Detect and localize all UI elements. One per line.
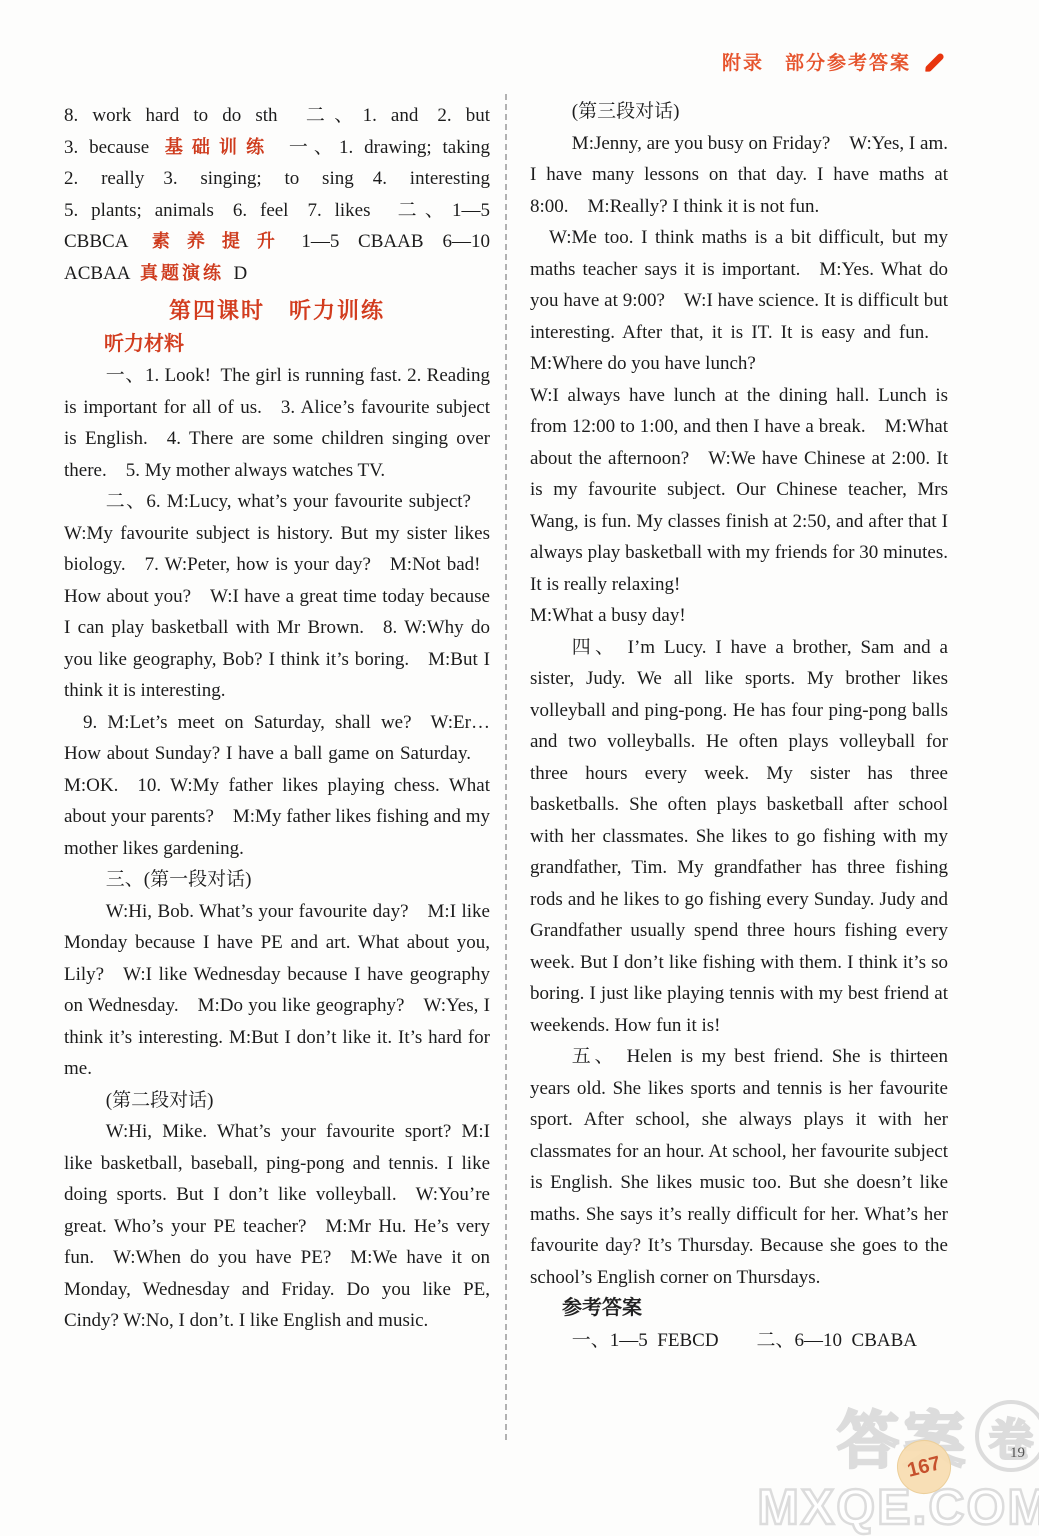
section-label-exam-drill: 真题演练: [140, 263, 224, 283]
answers-continued-line: 8. work hard to do sth 二、1. and 2. but: [64, 100, 490, 132]
listening-material-label: 听力材料: [64, 329, 490, 361]
section-label-literacy-boost: 素养提升: [138, 231, 292, 251]
answer-text: 8. work hard to do sth 二、1. and 2. but: [64, 105, 490, 126]
reference-answers-line: 一、1—5 FEBCD 二、6—10 CBABA: [530, 1325, 948, 1357]
watermark-circle-glyph: 卷: [975, 1400, 1039, 1472]
listening-script-paragraph: 9. M:Let’s meet on Saturday, shall we? W…: [64, 707, 490, 865]
answer-key-page: 附录 部分参考答案 8. work hard to do sth 二、1. an…: [0, 0, 1039, 1536]
listening-script-paragraph: M:Jenny, are you busy on Friday? W:Yes, …: [530, 128, 948, 223]
listening-script-paragraph: W:Hi, Mike. What’s your favourite sport?…: [64, 1116, 490, 1337]
listening-script-paragraph: 二、6. M:Lucy, what’s your favourite subje…: [64, 486, 490, 707]
answer-text: 一、1. drawing; taking: [273, 137, 490, 158]
listening-script-paragraph: 四、 I’m Lucy. I have a brother, Sam and a…: [530, 632, 948, 1042]
answers-continued-line: ACBAA 真题演练 D: [64, 258, 490, 290]
answer-text: ACBAA: [64, 263, 140, 284]
left-column: 8. work hard to do sth 二、1. and 2. but 3…: [64, 100, 490, 1337]
right-column: (第三段对话) M:Jenny, are you busy on Friday?…: [530, 96, 948, 1356]
dialogue-2-label: (第二段对话): [64, 1085, 490, 1117]
answers-continued-line: CBBCA 素养提升 1—5 CBAAB 6—10: [64, 226, 490, 258]
listening-script-paragraph: W:I always have lunch at the dining hall…: [530, 380, 948, 601]
listening-script-paragraph: W:Me too. I think maths is a bit difficu…: [530, 222, 948, 380]
reference-answers-label: 参考答案: [530, 1293, 948, 1325]
answer-text: 3. because: [64, 137, 159, 158]
answers-continued-line: 5. plants; animals 6. feel 7. likes 二、1—…: [64, 195, 490, 227]
listening-script-paragraph: M:What a busy day!: [530, 600, 948, 632]
page-number: 19: [1010, 1445, 1025, 1462]
column-divider: [505, 94, 507, 1440]
watermark-site-text: MXQE.COM: [757, 1478, 1039, 1536]
answer-text: 1—5 CBAAB 6—10: [292, 231, 490, 252]
answers-continued-line: 2. really 3. singing; to sing 4. interes…: [64, 163, 490, 195]
answer-text: D: [224, 263, 247, 284]
section-label-basic-training: 基础训练: [159, 137, 274, 157]
answers-continued-line: 3. because 基础训练 一、1. drawing; taking: [64, 132, 490, 164]
dialogue-3-label: (第三段对话): [530, 96, 948, 128]
answer-text: 2. really 3. singing; to sing 4. interes…: [64, 168, 490, 189]
listening-script-paragraph: 五、 Helen is my best friend. She is thirt…: [530, 1041, 948, 1293]
listening-script-paragraph: W:Hi, Bob. What’s your favourite day? M:…: [64, 896, 490, 1085]
section-title-lesson4-listening: 第四课时 听力训练: [64, 295, 490, 327]
dialogue-1-label: 三、(第一段对话): [64, 864, 490, 896]
pencil-icon: [921, 46, 951, 76]
page-header: 附录 部分参考答案: [0, 46, 951, 76]
answer-text: CBBCA: [64, 231, 138, 252]
listening-script-paragraph: 一、1. Look! The girl is running fast. 2. …: [64, 360, 490, 486]
page-header-title: 附录 部分参考答案: [722, 48, 911, 75]
answer-text: 5. plants; animals 6. feel 7. likes 二、1—…: [64, 200, 490, 221]
